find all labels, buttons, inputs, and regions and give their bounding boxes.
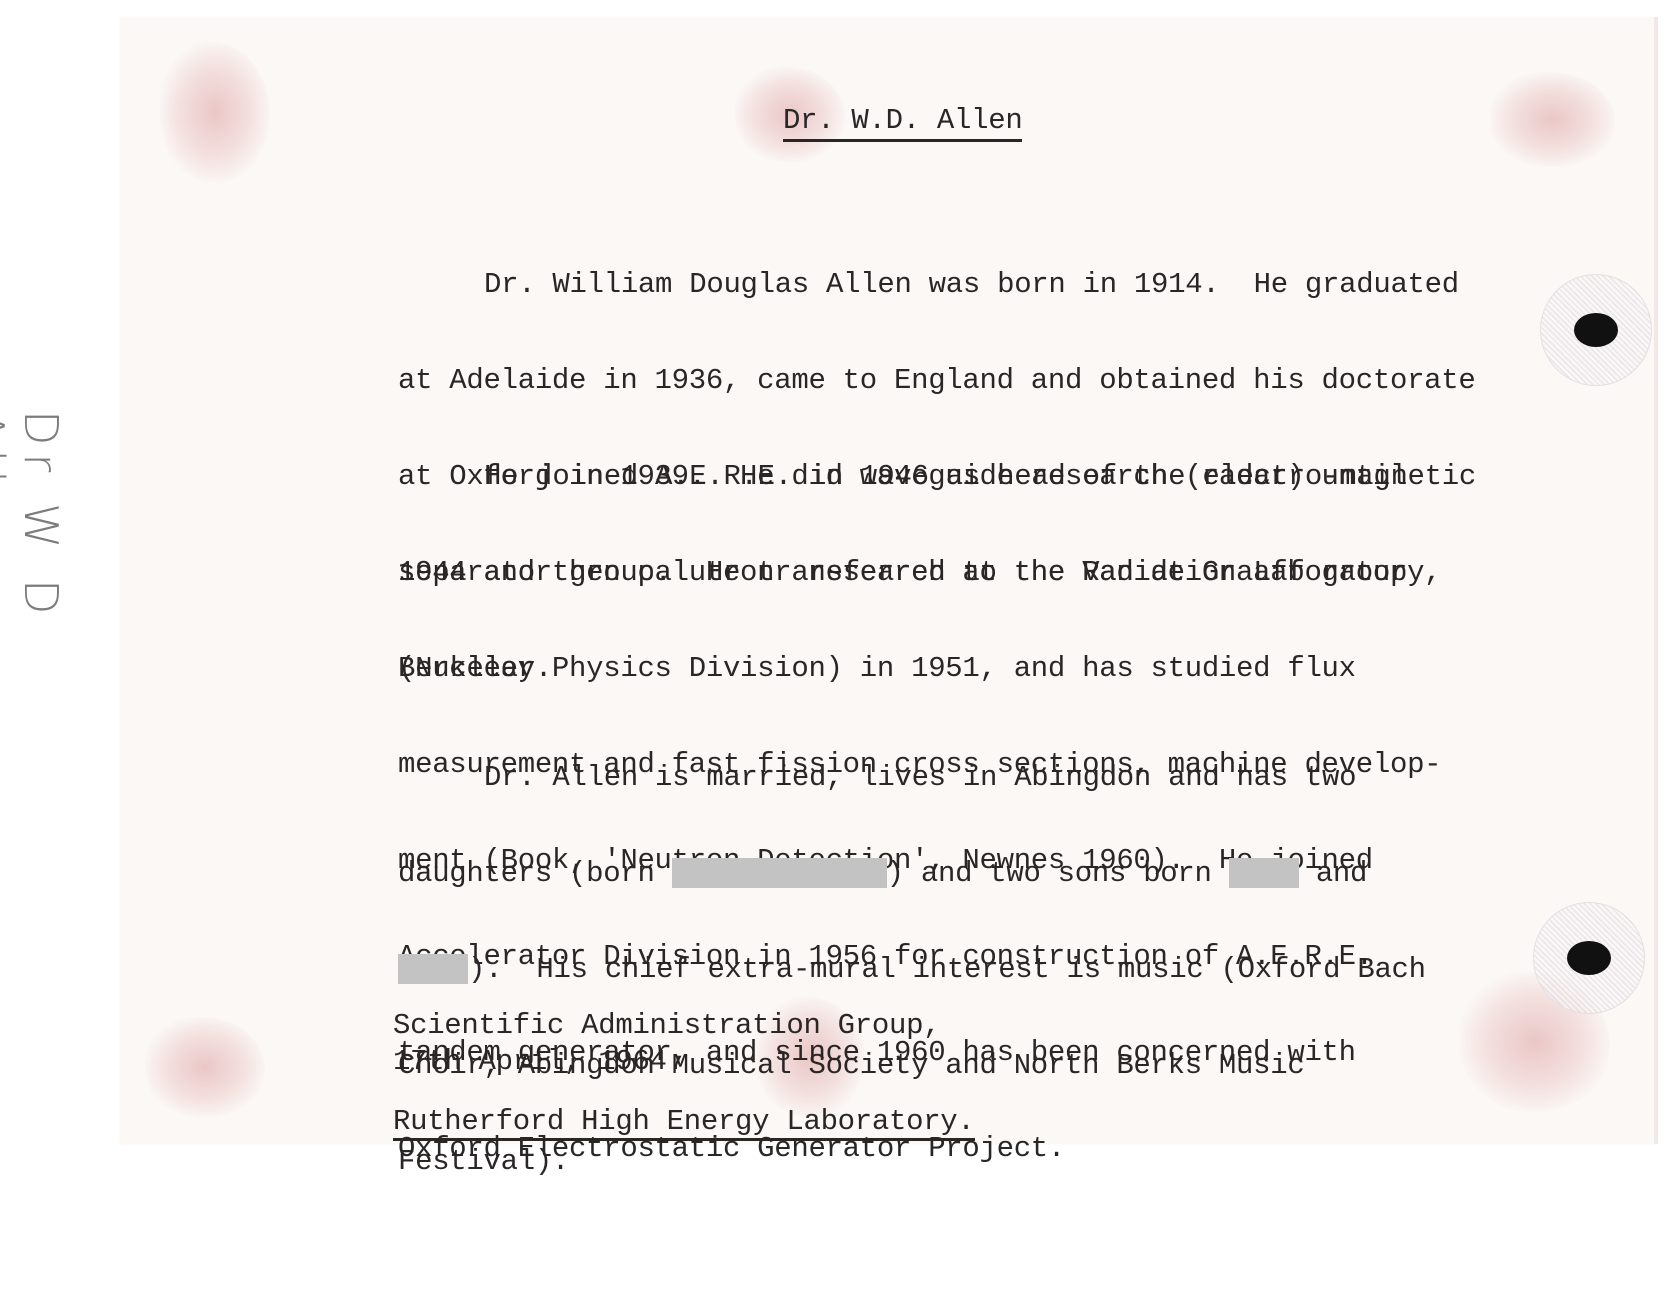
- text-fragment: daughters (born: [398, 857, 672, 890]
- stain-bottom-left: [145, 1017, 265, 1117]
- signature-lab: Rutherford High Energy Laboratory.: [393, 1105, 975, 1141]
- punch-hole-top: [1540, 274, 1652, 386]
- document-date: 17th April, 1964.: [393, 1046, 684, 1078]
- paragraph-line: at Adelaide in 1936, came to England and…: [398, 365, 1475, 397]
- punch-hole-icon: [1574, 313, 1618, 347]
- handwritten-margin-note: Dr W D Allen.: [8, 410, 68, 790]
- stain-top-right: [1490, 72, 1615, 167]
- paragraph-line: (Nuclear Physics Division) in 1951, and …: [398, 653, 1476, 685]
- paragraph-line: Dr. Allen is married, lives in Abingdon …: [398, 762, 1426, 794]
- paragraph-line: Dr. William Douglas Allen was born in 19…: [398, 269, 1475, 301]
- document-title: Dr. W.D. Allen: [783, 104, 1022, 142]
- redaction-block: [1229, 858, 1299, 888]
- paragraph-line: He joined A.E.R.E. in 1946 as head of th…: [398, 461, 1476, 493]
- stain-top-left: [160, 42, 270, 182]
- punch-hole-bottom: [1533, 902, 1645, 1014]
- text-fragment: ) and two sons born: [887, 857, 1229, 890]
- redaction-block: [672, 858, 887, 888]
- text-fragment: and: [1299, 857, 1367, 890]
- punch-hole-icon: [1567, 941, 1611, 975]
- paragraph-line: daughters (born ) and two sons born and: [398, 858, 1426, 890]
- signature-group: Scientific Administration Group,: [393, 1010, 975, 1042]
- paragraph-line: separator group. He transferred to the V…: [398, 557, 1476, 589]
